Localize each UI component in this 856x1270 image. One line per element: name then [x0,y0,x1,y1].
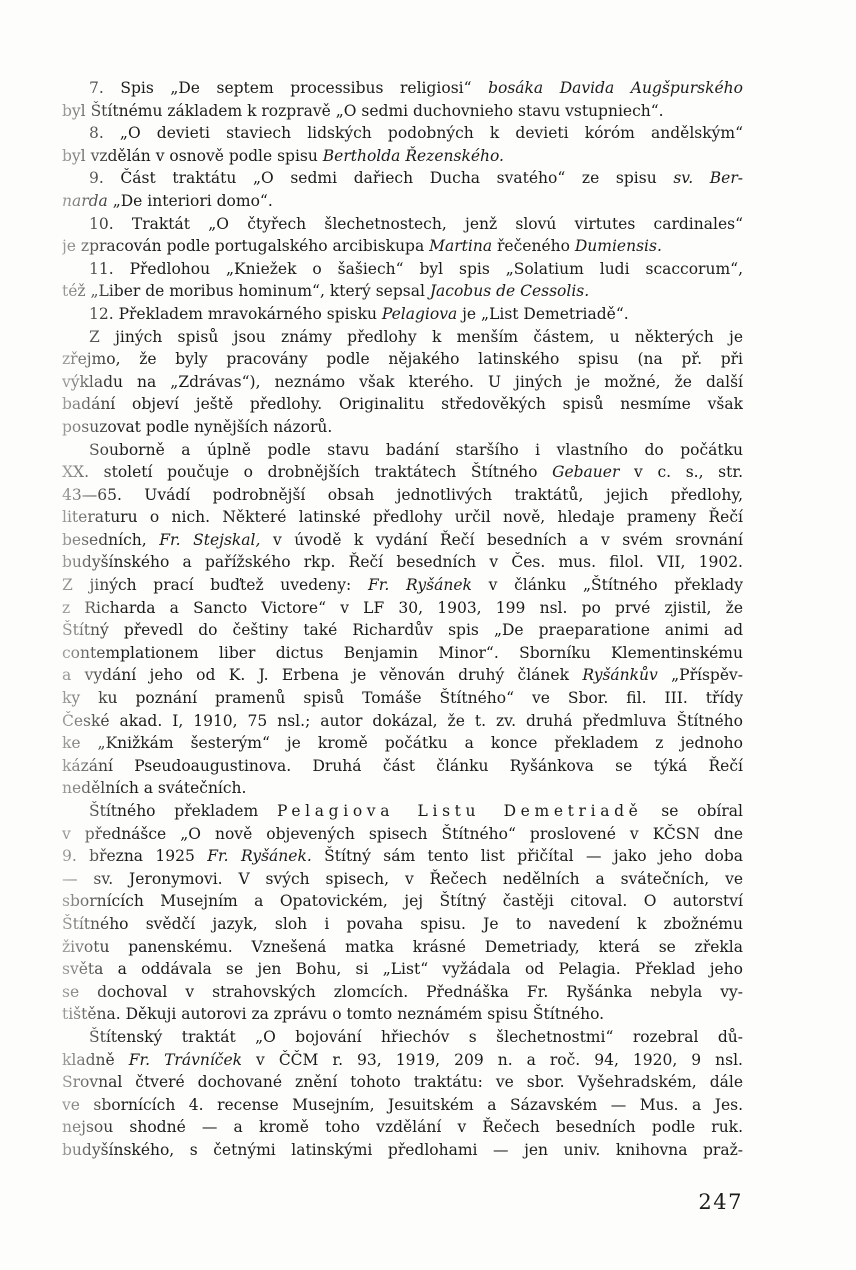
paragraph: 10. Traktát „O čtyřech šlechetnostech, j… [62,213,743,258]
text-segment: v ČČM r. 93, 1919, 209 n. a roč. 94, 192… [242,1051,743,1069]
text-line: Z jiných prací buďtež uvedeny: Fr. Ryšán… [62,574,743,597]
italic-text: sv. Ber- [673,169,743,187]
text-segment: 10. Traktát „O čtyřech šlechetnostech, j… [89,215,743,233]
text-line: životu panenskému. Vznešená matka krásné… [62,936,743,959]
text-segment: — sv. Jeronymovi. V svých spisech, v Řeč… [62,870,743,888]
text-segment: též „Liber de moribus hominum“, který se… [62,282,430,300]
text-line: zřejmo, že byly pracovány podle nějakého… [62,348,743,371]
text-segment: kladně [62,1051,129,1069]
text-segment: badání objeví ještě předlohy. Originalit… [62,395,743,413]
text-segment: „De interiori domo“. [108,192,273,210]
text-line: narda „De interiori domo“. [62,190,743,213]
text-line: Štítného překladem Pelagiova Listu Demet… [62,800,743,823]
text-line: literaturu o nich. Některé latinské před… [62,506,743,529]
text-line: ky ku poznání pramenů spisů Tomáše Štítn… [62,687,743,710]
text-line: 43—65. Uvádí podrobnější obsah jednotliv… [62,484,743,507]
italic-text: Martina [429,237,492,255]
text-segment: Srovnal čtveré dochované znění tohoto tr… [62,1073,743,1091]
text-line: 7. Spis „De septem processibus religiosi… [62,77,743,100]
text-line: nedělních a svátečních. [62,777,743,800]
text-line: se dochoval v strahovských zlomcích. Pře… [62,981,743,1004]
text-segment: budyšínského a pařížského rkp. Řečí bese… [62,553,743,571]
italic-text: Fr. Ryšánek [368,576,472,594]
text-line: 8. „O devieti staviech lidských podobnýc… [62,122,743,145]
paragraph: Z jiných spisů jsou známy předlohy k men… [62,326,743,439]
page-number: 247 [62,1190,743,1214]
text-segment: v c. s., str. [619,463,743,481]
text-segment: ke „Knižkám šesterým“ je kromě počátku a… [62,734,743,752]
text-segment: se dochoval v strahovských zlomcích. Pře… [62,983,743,1001]
text-line: Souborně a úplně podle stavu badání star… [62,439,743,462]
text-line: nejsou shodné — a kromě toho vzdělání v … [62,1116,743,1139]
text-line: byl Štítnému základem k rozpravě „O sedm… [62,100,743,123]
text-line: je zpracován podle portugalského arcibis… [62,235,743,258]
text-line: Štítenský traktát „O bojování hřiechóv s… [62,1026,743,1049]
paragraph: 12. Překladem mravokárného spisku Pelagi… [62,303,743,326]
text-segment: Štítenský traktát „O bojování hřiechóv s… [89,1028,743,1046]
text-segment: „Příspěv- [658,666,743,684]
text-segment: literaturu o nich. Některé latinské před… [62,508,743,526]
text-segment: z Richarda a Sancto Victore“ v LF 30, 19… [62,599,743,617]
text-line: světa a oddávala se jen Bohu, si „List“ … [62,958,743,981]
text-line: byl vzdělán v osnově podle spisu Berthol… [62,145,743,168]
paragraph: Souborně a úplně podle stavu badání star… [62,439,743,801]
text-line: budyšínského a pařížského rkp. Řečí bese… [62,551,743,574]
text-segment: 7. Spis „De septem processibus religiosi… [89,79,488,97]
text-segment: besedních, [62,531,159,549]
paragraph: Štítného překladem Pelagiova Listu Demet… [62,800,743,1026]
text-line: tištěna. Děkuji autorovi za zprávu o tom… [62,1003,743,1026]
letterspaced-text: Pelagiova Listu Demetriadě [277,802,643,820]
text-line: Štítný převedl do češtiny také Richardův… [62,619,743,642]
text-line: ke „Knižkám šesterým“ je kromě počátku a… [62,732,743,755]
text-segment: Souborně a úplně podle stavu badání star… [89,441,743,459]
text-segment: je „List Demetriadě“. [457,305,628,323]
italic-text: Dumiensis. [575,237,662,255]
italic-text: Fr. Trávníček [129,1051,242,1069]
text-segment: budyšínského, s četnými latinskými předl… [62,1141,743,1159]
text-segment: nejsou shodné — a kromě toho vzdělání v … [62,1118,743,1136]
text-segment: ky ku poznání pramenů spisů Tomáše Štítn… [62,689,743,707]
text-line: kladně Fr. Trávníček v ČČM r. 93, 1919, … [62,1049,743,1072]
text-line: Štítného svědčí jazyk, sloh i povaha spi… [62,913,743,936]
text-line: 9. Část traktátu „O sedmi dařiech Ducha … [62,167,743,190]
text-segment: byl vzdělán v osnově podle spisu [62,147,323,165]
italic-text: Ryšánkův [582,666,657,684]
text-block: 7. Spis „De septem processibus religiosi… [62,77,743,1162]
text-line: v přednášce „O nově objevených spisech Š… [62,823,743,846]
paragraph: Štítenský traktát „O bojování hřiechóv s… [62,1026,743,1162]
text-segment: je zpracován podle portugalského arcibis… [62,237,429,255]
text-line: contemplationem liber dictus Benjamin Mi… [62,642,743,665]
book-page: 7. Spis „De septem processibus religiosi… [0,0,856,1270]
text-line: posuzovat podle nynějších názorů. [62,416,743,439]
text-segment: Štítný sám tento list přičítal — jako je… [312,847,743,865]
italic-text: Gebauer [552,463,619,481]
text-segment: Z jiných spisů jsou známy předlohy k men… [89,328,743,346]
text-line: XX. století poučuje o drobnějších traktá… [62,461,743,484]
italic-text: Bertholda Řezenského. [323,147,504,165]
text-segment: výkladu na „Zdrávas“), neznámo však kter… [62,373,743,391]
paragraph: 11. Předlohou „Kniežek o šašiech“ byl sp… [62,258,743,303]
text-segment: zřejmo, že byly pracovány podle nějakého… [62,350,743,368]
text-line: 9. března 1925 Fr. Ryšánek. Štítný sám t… [62,845,743,868]
text-line: ve sbornících 4. recense Musejním, Jesui… [62,1094,743,1117]
text-segment: ve sbornících 4. recense Musejním, Jesui… [62,1096,743,1114]
text-line: též „Liber de moribus hominum“, který se… [62,280,743,303]
text-segment: kázání Pseudoaugustinova. Druhá část člá… [62,757,743,775]
italic-text: narda [62,192,108,210]
text-line: 10. Traktát „O čtyřech šlechetnostech, j… [62,213,743,236]
paragraph: 8. „O devieti staviech lidských podobnýc… [62,122,743,167]
text-line: besedních, Fr. Stejskal, v úvodě k vydán… [62,529,743,552]
text-line: 11. Předlohou „Kniežek o šašiech“ byl sp… [62,258,743,281]
italic-text: Fr. Stejskal, [159,531,260,549]
text-segment: Štítného svědčí jazyk, sloh i povaha spi… [62,915,743,933]
italic-text: Pelagiova [382,305,457,323]
text-line: Z jiných spisů jsou známy předlohy k men… [62,326,743,349]
text-segment: řečeného [492,237,575,255]
text-segment: sbornících Musejním a Opatovickém, jej Š… [62,892,743,910]
text-line: České akad. I, 1910, 75 nsl.; autor doká… [62,710,743,733]
text-segment: tištěna. Děkuji autorovi za zprávu o tom… [62,1005,604,1023]
text-line: badání objeví ještě předlohy. Originalit… [62,393,743,416]
text-line: z Richarda a Sancto Victore“ v LF 30, 19… [62,597,743,620]
text-line: a vydání jeho od K. J. Erbena je věnován… [62,664,743,687]
text-segment: v článku „Štítného překlady [472,576,743,594]
text-segment: 8. „O devieti staviech lidských podobnýc… [89,124,743,142]
text-segment: 9. Část traktátu „O sedmi dařiech Ducha … [89,169,673,187]
text-segment: 12. Překladem mravokárného spisku [89,305,382,323]
text-segment: 43—65. Uvádí podrobnější obsah jednotliv… [62,486,743,504]
text-segment: v přednášce „O nově objevených spisech Š… [62,825,743,843]
text-line: 12. Překladem mravokárného spisku Pelagi… [62,303,743,326]
text-line: Srovnal čtveré dochované znění tohoto tr… [62,1071,743,1094]
text-segment: posuzovat podle nynějších názorů. [62,418,332,436]
text-segment: Z jiných prací buďtež uvedeny: [62,576,368,594]
text-segment: 9. března 1925 [62,847,207,865]
text-segment: životu panenskému. Vznešená matka krásné… [62,938,743,956]
text-segment: contemplationem liber dictus Benjamin Mi… [62,644,743,662]
text-line: — sv. Jeronymovi. V svých spisech, v Řeč… [62,868,743,891]
text-segment: a vydání jeho od K. J. Erbena je věnován… [62,666,582,684]
text-line: sbornících Musejním a Opatovickém, jej Š… [62,890,743,913]
text-segment: XX. století poučuje o drobnějších traktá… [62,463,552,481]
paragraph: 7. Spis „De septem processibus religiosi… [62,77,743,122]
text-segment: Štítný převedl do češtiny také Richardův… [62,621,743,639]
italic-text: bosáka Davida Augšpurského [488,79,743,97]
text-segment: se obíral [643,802,743,820]
text-segment: byl Štítnému základem k rozpravě „O sedm… [62,102,664,120]
text-segment: v úvodě k vydání Řečí besedních a v svém… [260,531,743,549]
text-segment: světa a oddávala se jen Bohu, si „List“ … [62,960,743,978]
text-line: budyšínského, s četnými latinskými předl… [62,1139,743,1162]
text-segment: Štítného překladem [89,802,277,820]
text-line: kázání Pseudoaugustinova. Druhá část člá… [62,755,743,778]
text-line: výkladu na „Zdrávas“), neznámo však kter… [62,371,743,394]
italic-text: Fr. Ryšánek. [207,847,312,865]
text-segment: 11. Předlohou „Kniežek o šašiech“ byl sp… [89,260,743,278]
paragraph: 9. Část traktátu „O sedmi dařiech Ducha … [62,167,743,212]
italic-text: Jacobus de Cessolis. [430,282,589,300]
text-segment: nedělních a svátečních. [62,779,246,797]
text-segment: České akad. I, 1910, 75 nsl.; autor doká… [62,712,743,730]
